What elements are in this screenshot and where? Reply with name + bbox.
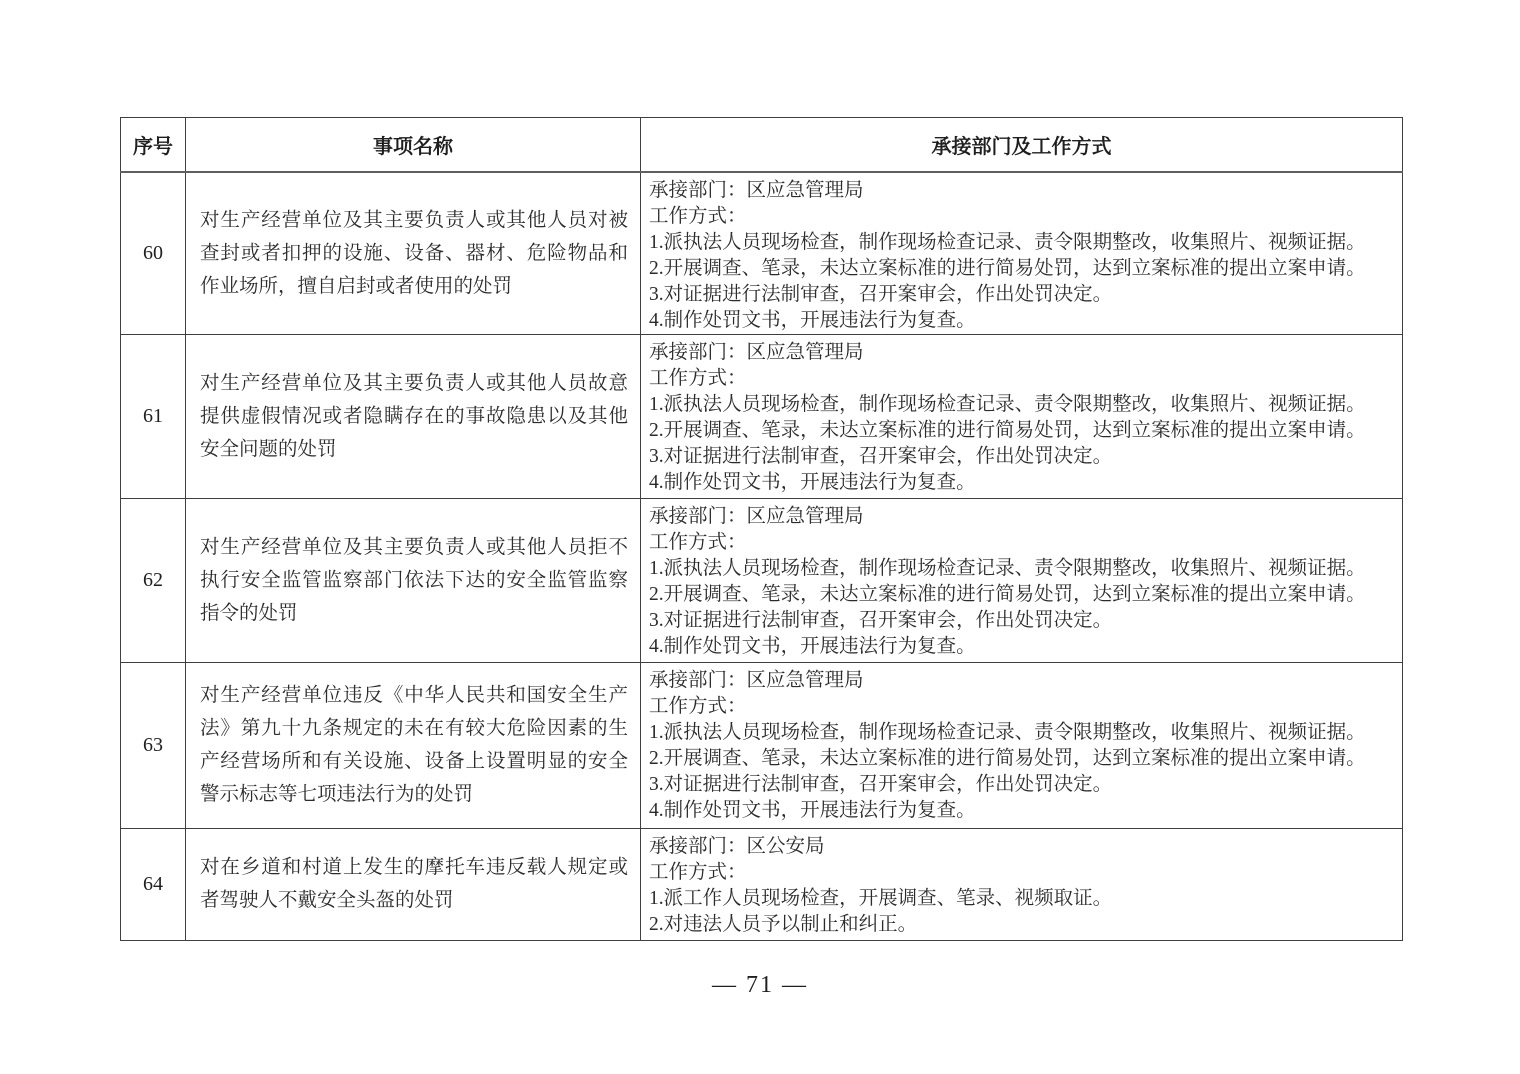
detail-line: 承接部门：区公安局 (649, 834, 1396, 860)
item-name-text: 对生产经营单位及其主要负责人或其他人员对被查封或者扣押的设施、设备、器材、危险物… (200, 204, 628, 303)
detail-line: 承接部门：区应急管理局 (649, 668, 1396, 694)
detail-line: 4.制作处罚文书，开展违法行为复查。 (649, 308, 1396, 334)
detail-line: 2.开展调查、笔录，未达立案标准的进行简易处罚，达到立案标准的提出立案申请。 (649, 256, 1396, 282)
row-item-name: 对生产经营单位及其主要负责人或其他人员故意提供虚假情况或者隐瞒存在的事故隐患以及… (186, 334, 641, 498)
table-row: 60 对生产经营单位及其主要负责人或其他人员对被查封或者扣押的设施、设备、器材、… (121, 172, 1403, 335)
item-name-text: 对在乡道和村道上发生的摩托车违反载人规定或者驾驶人不戴安全头盔的处罚 (200, 851, 628, 917)
detail-line: 2.开展调查、笔录，未达立案标准的进行简易处罚，达到立案标准的提出立案申请。 (649, 582, 1396, 608)
detail-line: 3.对证据进行法制审查，召开案审会，作出处罚决定。 (649, 772, 1396, 798)
detail-line: 4.制作处罚文书，开展违法行为复查。 (649, 798, 1396, 824)
detail-line: 承接部门：区应急管理局 (649, 178, 1396, 204)
detail-line: 工作方式： (649, 860, 1396, 886)
detail-line: 4.制作处罚文书，开展违法行为复查。 (649, 470, 1396, 496)
item-name-text: 对生产经营单位及其主要负责人或其他人员拒不执行安全监管监察部门依法下达的安全监管… (200, 531, 628, 630)
detail-line: 2.对违法人员予以制止和纠正。 (649, 912, 1396, 938)
row-serial: 63 (121, 662, 186, 828)
table-row: 61 对生产经营单位及其主要负责人或其他人员故意提供虚假情况或者隐瞒存在的事故隐… (121, 334, 1403, 498)
detail-line: 2.开展调查、笔录，未达立案标准的进行简易处罚，达到立案标准的提出立案申请。 (649, 746, 1396, 772)
row-item-name: 对在乡道和村道上发生的摩托车违反载人规定或者驾驶人不戴安全头盔的处罚 (186, 828, 641, 940)
detail-line: 3.对证据进行法制审查，召开案审会，作出处罚决定。 (649, 608, 1396, 634)
item-name-text: 对生产经营单位及其主要负责人或其他人员故意提供虚假情况或者隐瞒存在的事故隐患以及… (200, 367, 628, 466)
row-serial: 60 (121, 172, 186, 335)
row-details: 承接部门：区应急管理局 工作方式： 1.派执法人员现场检查，制作现场检查记录、责… (641, 172, 1403, 335)
detail-line: 承接部门：区应急管理局 (649, 504, 1396, 530)
row-item-name: 对生产经营单位违反《中华人民共和国安全生产法》第九十九条规定的未在有较大危险因素… (186, 662, 641, 828)
detail-line: 1.派执法人员现场检查，制作现场检查记录、责令限期整改，收集照片、视频证据。 (649, 392, 1396, 418)
detail-line: 工作方式： (649, 204, 1396, 230)
row-details: 承接部门：区应急管理局 工作方式： 1.派执法人员现场检查，制作现场检查记录、责… (641, 662, 1403, 828)
detail-line: 工作方式： (649, 694, 1396, 720)
row-item-name: 对生产经营单位及其主要负责人或其他人员拒不执行安全监管监察部门依法下达的安全监管… (186, 498, 641, 662)
item-name-text: 对生产经营单位违反《中华人民共和国安全生产法》第九十九条规定的未在有较大危险因素… (200, 679, 628, 811)
header-item-name: 事项名称 (186, 118, 641, 172)
header-department: 承接部门及工作方式 (641, 118, 1403, 172)
detail-line: 1.派执法人员现场检查，制作现场检查记录、责令限期整改，收集照片、视频证据。 (649, 556, 1396, 582)
detail-line: 1.派工作人员现场检查，开展调查、笔录、视频取证。 (649, 886, 1396, 912)
row-details: 承接部门：区公安局 工作方式： 1.派工作人员现场检查，开展调查、笔录、视频取证… (641, 828, 1403, 940)
detail-line: 2.开展调查、笔录，未达立案标准的进行简易处罚，达到立案标准的提出立案申请。 (649, 418, 1396, 444)
table-row: 62 对生产经营单位及其主要负责人或其他人员拒不执行安全监管监察部门依法下达的安… (121, 498, 1403, 662)
items-table: 序号 事项名称 承接部门及工作方式 60 对生产经营单位及其主要负责人或其他人员… (120, 117, 1403, 941)
detail-line: 承接部门：区应急管理局 (649, 340, 1396, 366)
header-serial: 序号 (121, 118, 186, 172)
detail-line: 3.对证据进行法制审查，召开案审会，作出处罚决定。 (649, 444, 1396, 470)
row-item-name: 对生产经营单位及其主要负责人或其他人员对被查封或者扣押的设施、设备、器材、危险物… (186, 172, 641, 335)
row-serial: 62 (121, 498, 186, 662)
row-serial: 61 (121, 334, 186, 498)
detail-line: 3.对证据进行法制审查，召开案审会，作出处罚决定。 (649, 282, 1396, 308)
row-details: 承接部门：区应急管理局 工作方式： 1.派执法人员现场检查，制作现场检查记录、责… (641, 334, 1403, 498)
detail-line: 工作方式： (649, 366, 1396, 392)
row-serial: 64 (121, 828, 186, 940)
detail-line: 1.派执法人员现场检查，制作现场检查记录、责令限期整改，收集照片、视频证据。 (649, 720, 1396, 746)
detail-line: 1.派执法人员现场检查，制作现场检查记录、责令限期整改，收集照片、视频证据。 (649, 230, 1396, 256)
table-row: 63 对生产经营单位违反《中华人民共和国安全生产法》第九十九条规定的未在有较大危… (121, 662, 1403, 828)
row-details: 承接部门：区应急管理局 工作方式： 1.派执法人员现场检查，制作现场检查记录、责… (641, 498, 1403, 662)
detail-line: 4.制作处罚文书，开展违法行为复查。 (649, 634, 1396, 660)
page-number: — 71 — (0, 972, 1520, 999)
table-row: 64 对在乡道和村道上发生的摩托车违反载人规定或者驾驶人不戴安全头盔的处罚 承接… (121, 828, 1403, 940)
header-row: 序号 事项名称 承接部门及工作方式 (121, 118, 1403, 172)
detail-line: 工作方式： (649, 530, 1396, 556)
